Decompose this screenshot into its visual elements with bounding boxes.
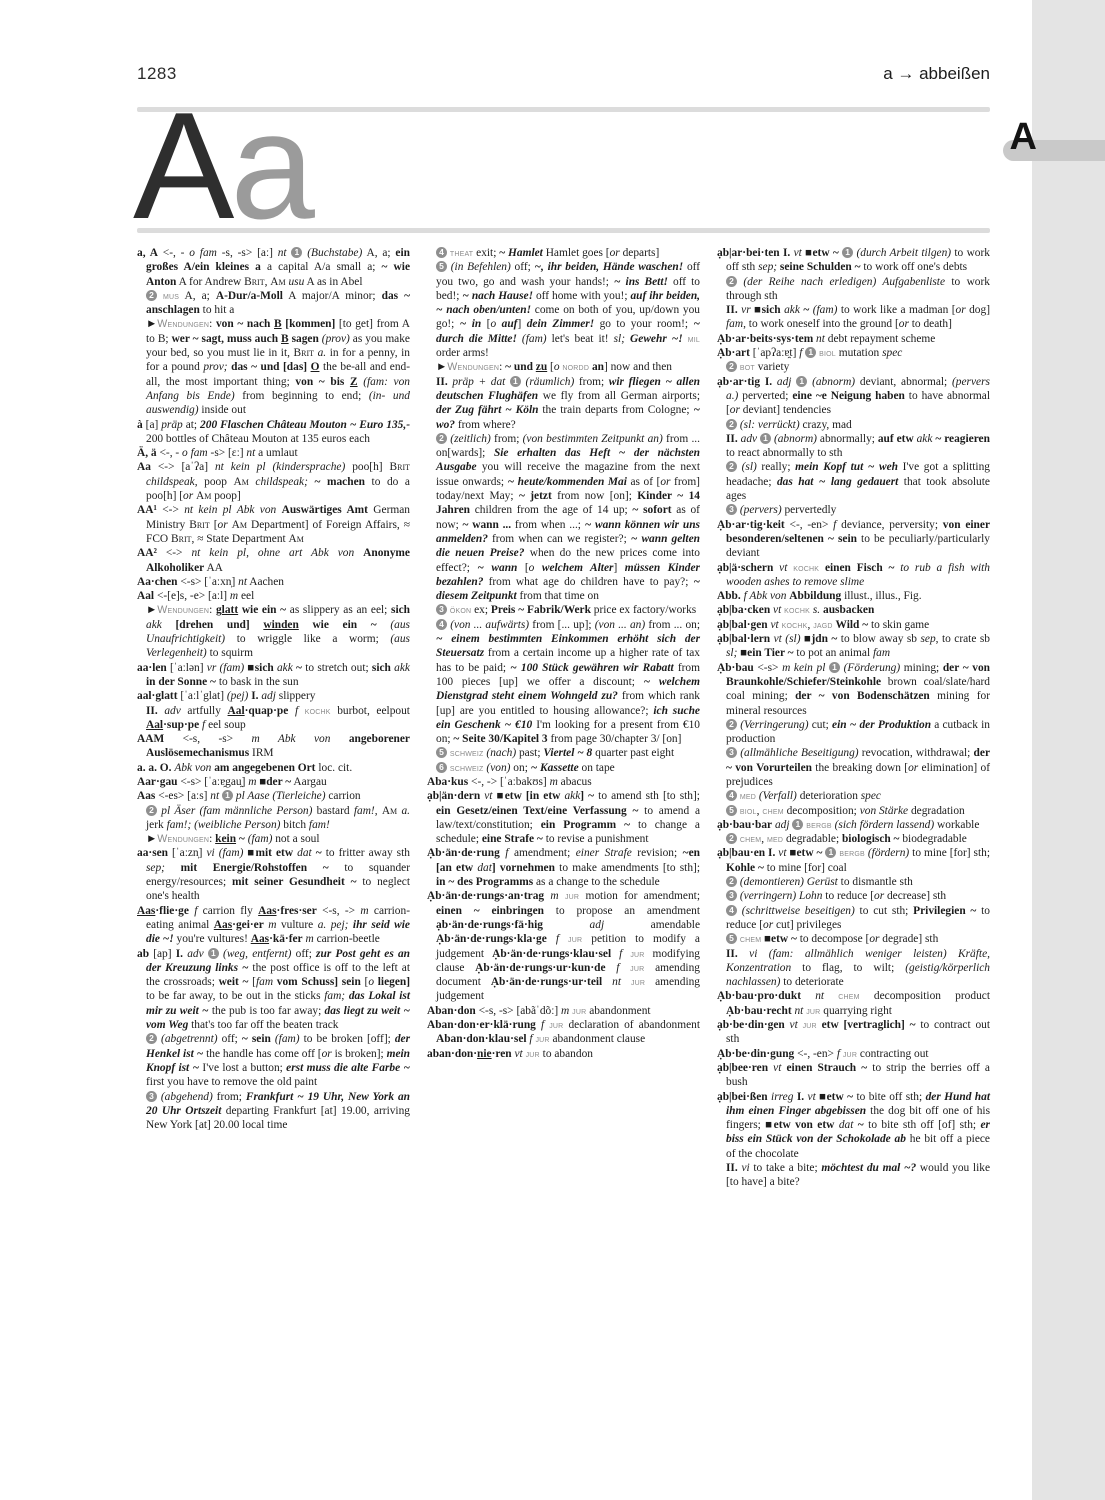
dictionary-sense: 2 (sl: verrückt) crazy, mad [717, 418, 990, 432]
dictionary-entry: aa·len [ˈaːlən] vr (fam) ■sich akk ~ to … [137, 661, 410, 690]
dictionary-page: { "page_header": { "page_number": "1283"… [0, 0, 1105, 1500]
dictionary-entry: Ạb·bau <-s> m kein pl 1 (Förderung) mini… [717, 661, 990, 718]
letterhead-capital: A [133, 81, 230, 251]
dictionary-entry: aban·don·nie·ren vt jur to abandon [427, 1047, 700, 1061]
dictionary-entry: Ạb·än·de·rungs·an·trag m jur motion for … [427, 889, 700, 1003]
dictionary-sense: 3 ökon ex; Preis ~ Fabrik/Werk price ex … [427, 603, 700, 617]
dictionary-entry: aal·glatt [ˈaːlˈglat] (pej) I. adj slipp… [137, 689, 410, 703]
dictionary-entry: aa·sen [ˈaːzn̩] vi (fam) ■mit etw dat ~ … [137, 846, 410, 903]
dictionary-sense: 4 theat exit; ~ Hamlet Hamlet goes [or d… [427, 246, 700, 260]
dictionary-sense: 3 (pervers) pervertedly [717, 503, 990, 517]
dictionary-entry: a. a. O. Abk von am angegebenen Ort loc.… [137, 761, 410, 775]
letterhead: Aa [133, 96, 311, 236]
dictionary-entry: ạb·be·din·gen vt jur etw [vertraglich] ~… [717, 1018, 990, 1047]
dictionary-sense: 4 med (Verfall) deterioration spec [717, 789, 990, 803]
dictionary-sense: 3 (abgehend) from; Frankfurt ~ 19 Uhr, N… [137, 1090, 410, 1133]
dictionary-sense: 4 (von ... aufwärts) from [... up]; (von… [427, 618, 700, 747]
dictionary-entry: Aban·don <-s, -s> [abãˈdõː] m jur abando… [427, 1004, 700, 1018]
dictionary-sense: II. vi (fam: allmählich weniger leisten)… [717, 947, 990, 990]
dictionary-entry: Ạb·art [ˈapʔaːɐ̯t] f 1 biol mutation spe… [717, 346, 990, 360]
dictionary-entry: ab [ap] I. adv 1 (weg, entfernt) off; zu… [137, 947, 410, 1033]
dictionary-sense: II. präp + dat 1 (räumlich) from; wir fl… [427, 375, 700, 432]
dictionary-sense: 2 (sl) really; mein Kopf tut ~ weh I've … [717, 460, 990, 503]
dictionary-sense: 4 (schrittweise beseitigen) to cut sth; … [717, 904, 990, 933]
dictionary-entry: ạb|än·dern vt ■etw [in etw akk] ~ to ame… [427, 789, 700, 846]
dictionary-sense: 2 pl Äser (fam männliche Person) bastard… [137, 804, 410, 833]
dictionary-entry: Aban·don·er·klä·rung f jur declaration o… [427, 1018, 700, 1047]
dictionary-entry: Ä, ä <-, - o fam -s> [ɛː] nt a umlaut [137, 446, 410, 460]
dictionary-entry: ạb|bau·en I. vt ■etw ~ 1 bergb (fördern)… [717, 846, 990, 875]
dictionary-entry: ạb|ä·schern vt kochk einen Fisch ~ to ru… [717, 561, 990, 590]
letterhead-rule [137, 228, 990, 233]
dictionary-entry: ạb|ba·cken vt kochk s. ausbacken [717, 603, 990, 617]
dictionary-entry: Ạb·bau·pro·dukt nt chem decomposition pr… [717, 989, 990, 1018]
dictionary-sense: 3 (allmähliche Beseitigung) revocation, … [717, 746, 990, 789]
dictionary-sense: 2 (Verringerung) cut; ein ~ der Produkti… [717, 718, 990, 747]
dictionary-entry: ạb|bal·gen vt kochk, jagd Wild ~ to skin… [717, 618, 990, 632]
dictionary-sense: 2 (abgetrennt) off; ~ sein (fam) to be b… [137, 1032, 410, 1089]
dictionary-column-3: ạb|ar·bei·ten I. vt ■etw ~ 1 (durch Arbe… [717, 246, 990, 1190]
dictionary-column-2: 4 theat exit; ~ Hamlet Hamlet goes [or d… [427, 246, 700, 1190]
dictionary-column-1: a, A <-, - o fam -s, -s> [aː] nt 1 (Buch… [137, 246, 410, 1190]
dictionary-entry: ạb|bee·ren vt einen Strauch ~ to strip t… [717, 1061, 990, 1090]
guide-words: a → abbeißen [883, 64, 990, 84]
dictionary-entry: Aas <-es> [aːs] nt 1 pl Aase (Tierleiche… [137, 789, 410, 803]
dictionary-sense: II. adv artfully Aal·quap·pe f kochk bur… [137, 704, 410, 733]
dictionary-entry: Aa·chen <-s> [ˈaːxn̩] nt Aachen [137, 575, 410, 589]
dictionary-entry: Ạb·be·din·gung <-, -en> f jur contractin… [717, 1047, 990, 1061]
dictionary-sense: ►Wendungen: kein ~ (fam) not a soul [137, 832, 410, 846]
dictionary-entry: Aal <-[e]s, -e> [aːl] m eel [137, 589, 410, 603]
dictionary-columns: a, A <-, - o fam -s, -s> [aː] nt 1 (Buch… [137, 246, 990, 1190]
letterhead-lowercase: a [230, 81, 311, 251]
dictionary-sense: 2 bot variety [717, 360, 990, 374]
dictionary-sense: ►Wendungen: glatt wie ein ~ as slippery … [137, 603, 410, 660]
dictionary-entry: ạb|bal·lern vt (sl) ■jdn ~ to blow away … [717, 632, 990, 661]
dictionary-entry: Abb. f Abk von Abbildung illust., illus.… [717, 589, 990, 603]
dictionary-sense: 5 (in Befehlen) off; ~, ihr beiden, Händ… [427, 260, 700, 360]
dictionary-sense: 5 biol, chem decomposition; von Stärke d… [717, 804, 990, 818]
dictionary-entry: Aba·kus <-, -> [ˈaːbakʊs] m abacus [427, 775, 700, 789]
dictionary-entry: Aar·gau <-s> [ˈaːɐ̯gau̯] m ■der ~ Aargau [137, 775, 410, 789]
dictionary-sense: 5 chem ■etw ~ to decompose [or degrade] … [717, 932, 990, 946]
dictionary-sense: 2 chem, med degradable; biologisch ~ bio… [717, 832, 990, 846]
dictionary-entry: ạb·ar·tig I. adj 1 (abnorm) deviant, abn… [717, 375, 990, 418]
dictionary-sense: 6 schweiz (von) on; ~ Kassette on tape [427, 761, 700, 775]
dictionary-entry: ạb|ar·bei·ten I. vt ■etw ~ 1 (durch Arbe… [717, 246, 990, 275]
dictionary-entry: AA² <-> nt kein pl, ohne art Abk von Ano… [137, 546, 410, 575]
dictionary-entry: Ạb·ar·tig·keit <-, -en> f deviance, perv… [717, 518, 990, 561]
dictionary-entry: AA¹ <-> nt kein pl Abk von Auswärtiges A… [137, 503, 410, 546]
dictionary-sense: II. vr ■sich akk ~ (fam) to work like a … [717, 303, 990, 332]
dictionary-sense: 5 schweiz (nach) past; Viertel ~ 8 quart… [427, 746, 700, 760]
dictionary-sense: II. adv 1 (abnorm) abnormally; auf etw a… [717, 432, 990, 461]
dictionary-sense: 2 (demontieren) Gerüst to dismantle sth [717, 875, 990, 889]
dictionary-sense: ►Wendungen: ~ und zu [o nordd an] now an… [427, 360, 700, 374]
dictionary-entry: ạb·bau·bar adj 1 bergb (sich fördern las… [717, 818, 990, 832]
dictionary-sense: 2 (der Reihe nach erledigen) Aufgabenlis… [717, 275, 990, 304]
dictionary-entry: ạb|bei·ßen irreg I. vt ■etw ~ to bite of… [717, 1090, 990, 1161]
dictionary-entry: Ạb·än·de·rung f amendment; einer Strafe … [427, 846, 700, 889]
dictionary-entry: Aa <-> [aˈʔa] nt kein pl (kindersprache)… [137, 460, 410, 503]
dictionary-entry: a, A <-, - o fam -s, -s> [aː] nt 1 (Buch… [137, 246, 410, 289]
dictionary-entry: Aas·flie·ge f carrion fly Aas·fres·ser <… [137, 904, 410, 947]
dictionary-sense: II. vi to take a bite; möchtest du mal ~… [717, 1161, 990, 1190]
dictionary-sense: 2 mus A, a; A-Dur/a-Moll A major/A minor… [137, 289, 410, 318]
dictionary-entry: AAM <-s, -s> m Abk von angeborener Auslö… [137, 732, 410, 761]
dictionary-sense: 3 (verringern) Lohn to reduce [or decrea… [717, 889, 990, 903]
page-edge-strip [1032, 0, 1105, 1500]
dictionary-sense: 2 (zeitlich) from; (von bestimmten Zeitp… [427, 432, 700, 604]
dictionary-entry: à [a] präp at; 200 Flaschen Château Mout… [137, 418, 410, 447]
dictionary-sense: ►Wendungen: von ~ nach B [kommen] [to ge… [137, 317, 410, 417]
dictionary-entry: Ạb·ar·beits·sys·tem nt debt repayment sc… [717, 332, 990, 346]
thumb-index-letter: A [1010, 118, 1037, 156]
